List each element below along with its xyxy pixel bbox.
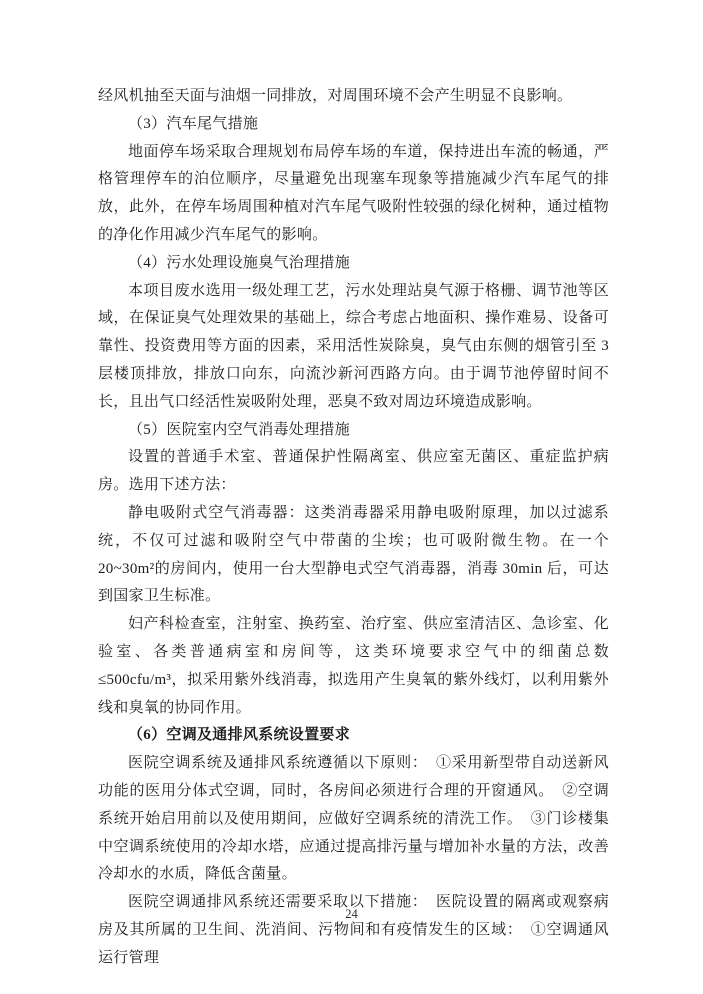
section-heading-4: （4）污水处理设施臭气治理措施 bbox=[98, 250, 609, 278]
paragraph: 本项目废水选用一级处理工艺，污水处理站臭气源于格栅、调节池等区域，在保证臭气处理… bbox=[98, 278, 609, 417]
section-heading-6: （6）空调及通排风系统设置要求 bbox=[98, 722, 609, 750]
paragraph: 医院空调通排风系统还需要采取以下措施： 医院设置的隔离或观察病房及其所属的卫生间… bbox=[98, 889, 609, 972]
paragraph: 设置的普通手术室、普通保护性隔离室、供应室无菌区、重症监护病房。选用下述方法： bbox=[98, 444, 609, 500]
section-heading-3: （3）汽车尾气措施 bbox=[98, 111, 609, 139]
document-page: 经风机抽至天面与油烟一同排放，对周围环境不会产生明显不良影响。 （3）汽车尾气措… bbox=[0, 0, 703, 994]
paragraph-continuation: 经风机抽至天面与油烟一同排放，对周围环境不会产生明显不良影响。 bbox=[98, 83, 609, 111]
paragraph: 医院空调系统及通排风系统遵循以下原则： ①采用新型带自动送新风功能的医用分体式空… bbox=[98, 750, 609, 889]
document-body: 经风机抽至天面与油烟一同排放，对周围环境不会产生明显不良影响。 （3）汽车尾气措… bbox=[98, 83, 609, 973]
paragraph: 妇产科检查室，注射室、换药室、治疗室、供应室清洁区、急诊室、化验室、各类普通病室… bbox=[98, 611, 609, 722]
section-heading-5: （5）医院室内空气消毒处理措施 bbox=[98, 417, 609, 445]
paragraph: 静电吸附式空气消毒器：这类消毒器采用静电吸附原理，加以过滤系统，不仅可过滤和吸附… bbox=[98, 500, 609, 611]
paragraph: 地面停车场采取合理规划布局停车场的车道，保持进出车流的畅通，严格管理停车的泊位顺… bbox=[98, 139, 609, 250]
page-number: 24 bbox=[0, 907, 703, 922]
